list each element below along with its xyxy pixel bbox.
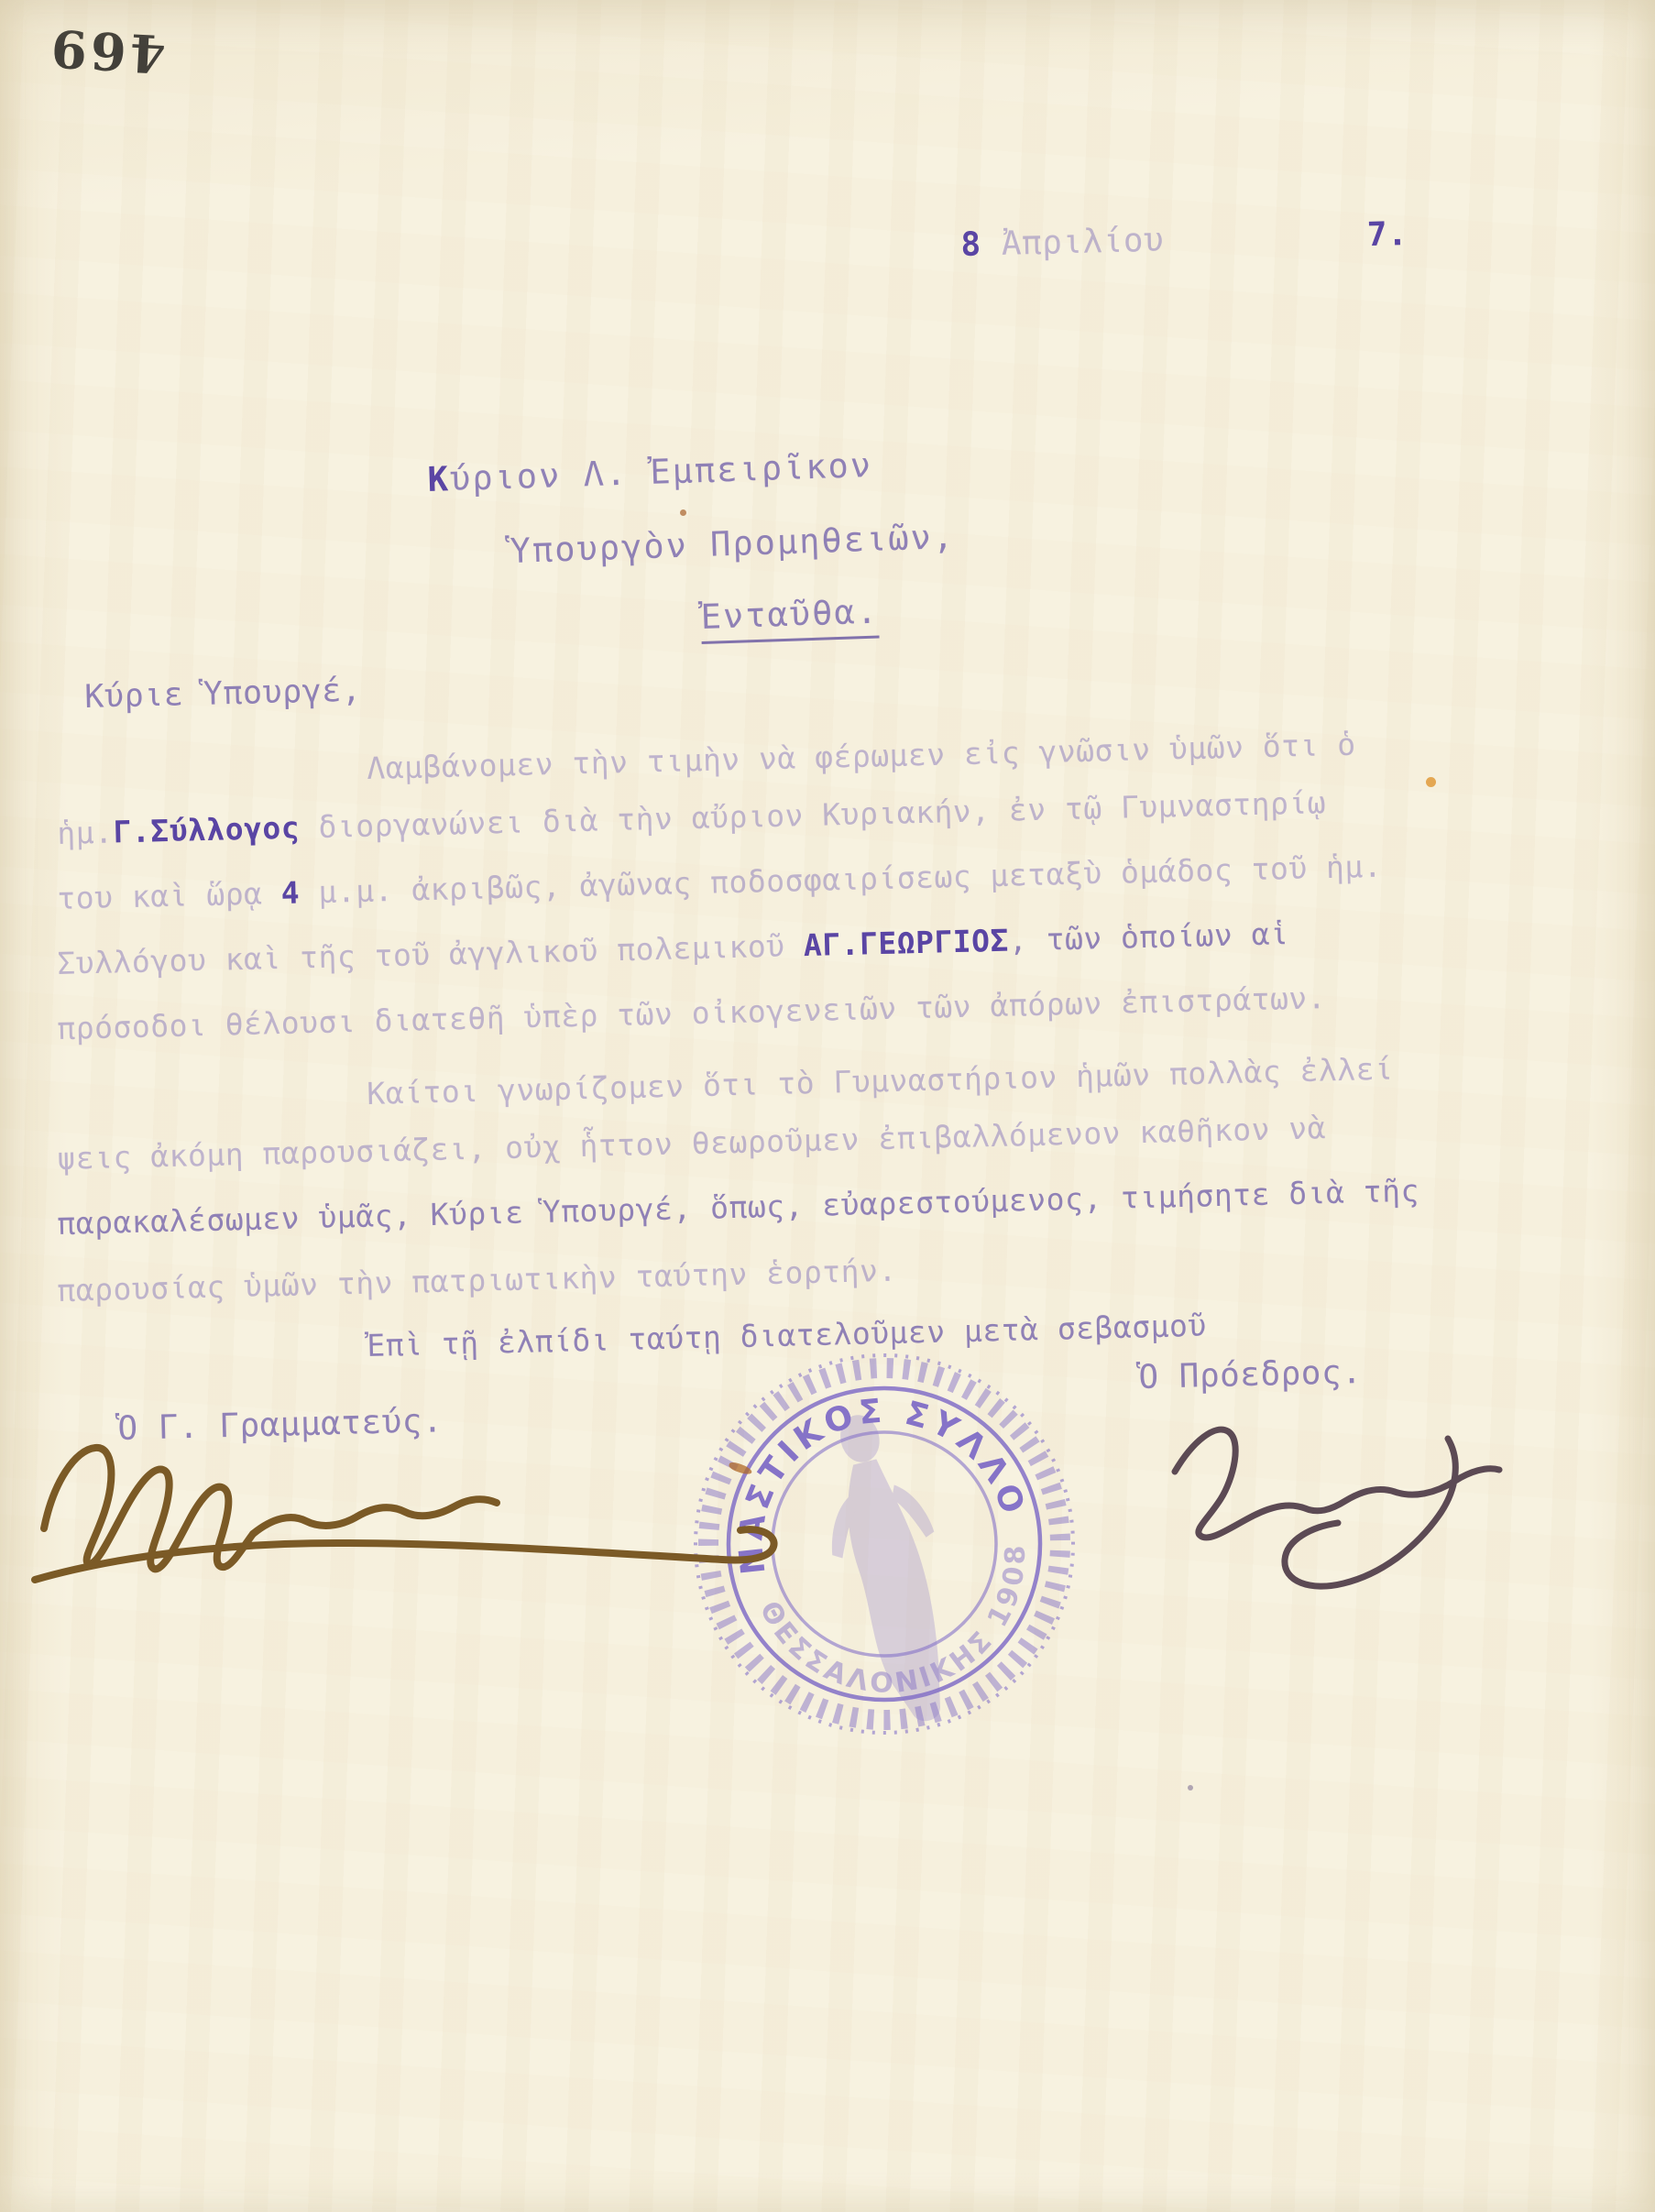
date-line: 8 Ἀπριλίου 7.: [960, 218, 1408, 262]
body-line-4: Συλλόγου καὶ τῆς τοῦ ἀγγλικοῦ πολεμικοῦ …: [57, 918, 1289, 979]
body-line-9: παρουσίας ὑμῶν τὴν πατριωτικὴν ταύτην ἑο…: [57, 1255, 897, 1306]
body-line-3: του καὶ ὥρᾳ 4 μ.μ. ἀκριβῶς, ἀγῶνας ποδοσ…: [57, 851, 1382, 914]
secretary-signature-underline: [35, 1529, 774, 1580]
body-line-1: Λαμβάνομεν τὴν τιμὴν νὰ φέρωμεν εἰς γνῶσ…: [367, 729, 1356, 783]
date-day: 8: [960, 225, 981, 264]
addressee-name: Κύριον Λ. Ἐμπειρῖκον: [427, 445, 873, 499]
secretary-signature: [16, 1400, 786, 1620]
body-line-3a: του καὶ ὥρᾳ: [57, 875, 281, 916]
body-line-4a: Συλλόγου καὶ τῆς τοῦ ἀγγλικοῦ πολεμικοῦ: [57, 927, 804, 981]
date-month-prefix: [981, 225, 1002, 264]
date-month: Ἀπριλίου: [1001, 222, 1164, 263]
body-line-2c: διοργανώνει διὰ τὴν αὔριον Κυριακήν, ἐν …: [300, 784, 1327, 845]
paper-speck-orange: [1426, 777, 1436, 787]
addressee-name-text: ύριον Λ. Ἐμπειρῖκον: [449, 445, 872, 498]
body-line-4c: , τῶν ὁποίων αἱ: [1008, 915, 1288, 958]
body-line-3b: 4: [280, 875, 300, 911]
paper-speck-ink: [1188, 1785, 1193, 1790]
secretary-signature-stroke-2: [253, 1499, 497, 1534]
body-line-2: ἡμ.Γ.Σύλλογος διοργανώνει διὰ τὴν αὔριον…: [57, 787, 1326, 849]
letter-page: 469 8 Ἀπριλίου 7. Κύριον Λ. Ἐμπειρῖκον Ὑ…: [0, 0, 1655, 2212]
addressee-title: Ὑπουργὸν Προμηθειῶν,: [510, 517, 956, 571]
addressee-initial: Κ: [427, 459, 451, 499]
body-line-8: παρακαλέσωμεν ὑμᾶς, Κύριε Ὑπουργέ, ὅπως,…: [57, 1176, 1419, 1239]
body-line-3c: μ.μ. ἀκριβῶς, ἀγῶνας ποδοσφαιρίσεως μετα…: [300, 849, 1383, 911]
addressee-location: Ἐνταῦθα.: [700, 592, 880, 644]
body-line-7: ψεις ἀκόμη παρουσιάζει, οὐχ ἧττον θεωροῦ…: [57, 1112, 1326, 1174]
salutation: Κύριε Ὑπουργέ,: [84, 675, 362, 714]
date-gap: [1164, 216, 1368, 258]
date-year: 7.: [1366, 215, 1408, 254]
archive-number: 469: [46, 17, 167, 84]
body-line-4b: ΑΓ.ΓΕΩΡΓΙΟΣ: [803, 923, 1009, 963]
president-signature: [1127, 1384, 1512, 1604]
body-line-2a: ἡμ.: [57, 815, 114, 851]
paper-speck-brown: [680, 509, 686, 516]
body-line-6: Καίτοι γνωρίζομεν ὅτι τὸ Γυμναστήριον ἡμ…: [367, 1054, 1394, 1109]
body-line-2b: Γ.Σύλλογος: [113, 810, 301, 850]
body-line-5: πρόσοδοι θέλουσι διατεθῆ ὑπὲρ τῶν οἰκογε…: [57, 982, 1326, 1044]
